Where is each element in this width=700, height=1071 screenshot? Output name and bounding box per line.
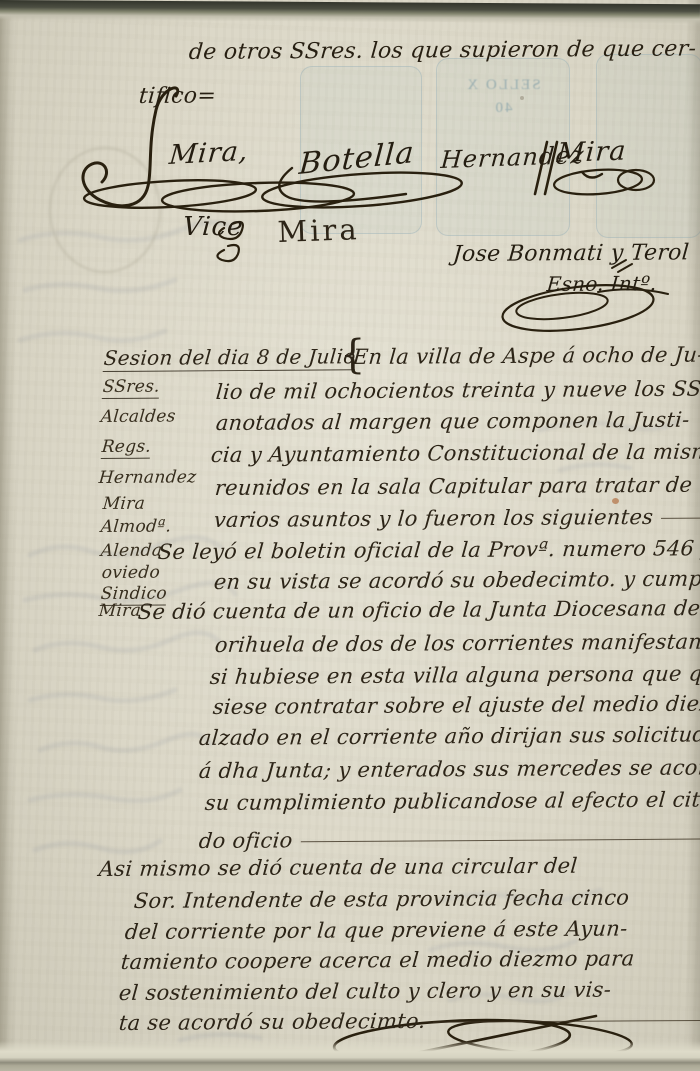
body-line: En la villa de Aspe á ocho de Ju-	[352, 345, 700, 368]
body-line: lio de mil ochocientos treinta y nueve l…	[215, 378, 700, 403]
session-heading-text: Sesion del dia 8 de Julio	[103, 344, 357, 372]
body-line: Se leyó el boletin oficial de la Provª. …	[157, 538, 700, 563]
body-line-text: en su vista se acordó su obedecimto. y c…	[213, 566, 700, 594]
body-line: á dha Junta; y enterados sus mercedes se…	[198, 757, 700, 782]
dash-filler	[301, 838, 700, 842]
dash-filler	[661, 517, 700, 519]
margin-name-ssres: SSres.	[102, 377, 161, 399]
body-line: reunidos en la sala Capitular para trata…	[214, 475, 693, 499]
body-line: varios asuntos y lo fueron los siguiente…	[213, 506, 700, 531]
stamp-line1: SELLO X	[465, 77, 540, 94]
body-line: el sostenimiento del culto y clero y en …	[118, 980, 612, 1004]
body-line: su cumplimiento publicandose al efecto e…	[204, 789, 700, 814]
body-line: cia y Ayuntamiento Constitucional de la …	[210, 441, 700, 466]
body-line: tamiento coopere acerca el medio diezmo …	[120, 948, 635, 973]
body-line: Se dió cuenta de un oficio de la Junta D…	[137, 598, 700, 623]
body-line: siese contratar sobre el ajuste del medi…	[212, 693, 700, 718]
signature-vice: Vice	[182, 214, 244, 240]
body-line: alzado en el corriente año dirijan sus s…	[198, 724, 700, 749]
signature-mira-3: Mira	[277, 215, 360, 247]
paper-speck	[520, 96, 524, 100]
margin-name-mira-b: Mira	[98, 603, 142, 620]
stamp-line2: 40	[494, 100, 513, 117]
body-line-text: varios asuntos y lo fueron los siguiente…	[213, 505, 654, 532]
closing-line-1: de otros SSres. los que supieron de que …	[188, 38, 697, 64]
body-line: do oficio	[198, 827, 700, 852]
closing-line-2: tifico=	[138, 85, 217, 108]
body-line: si hubiese en esta villa alguna persona …	[209, 663, 700, 688]
foxing-stain	[612, 498, 619, 504]
body-line-text: do oficio	[198, 828, 294, 853]
margin-name-alcaldes: Alcaldes	[100, 408, 176, 426]
body-line: del corriente por la que previene á este…	[124, 918, 628, 943]
body-line-text: ta se acordó su obedecimto.	[118, 1009, 427, 1035]
signature-mira-2: Mira	[556, 138, 627, 167]
margin-name-regs: Regs.	[101, 437, 152, 459]
margin-name-alenda: Alenda	[100, 543, 163, 560]
signature-clerk-name: Jose Bonmati y Terol	[452, 242, 690, 266]
body-line: ta se acordó su obedecimto.	[118, 1009, 700, 1034]
body-line: anotados al margen que componen la Justi…	[215, 410, 690, 434]
margin-name-oviedo: oviedo	[101, 565, 161, 582]
signature-mira-1: Mira,	[168, 138, 250, 169]
page-top-edge	[0, 0, 700, 24]
body-line: orihuela de dos de los corrientes manife…	[214, 631, 700, 656]
manuscript-scan-page: SELLO X 40 de otros SSres. los	[0, 0, 700, 1071]
session-heading: Sesion del dia 8 de Julio	[103, 346, 356, 368]
signature-clerk-title: Esno. Intº.	[546, 273, 658, 294]
body-line: en su vista se acordó su obedecimto. y c…	[213, 568, 700, 593]
margin-name-almod: Almodª.	[100, 519, 172, 536]
page-bottom-edge	[0, 1041, 700, 1071]
margin-name-hernandez: Hernandez	[98, 469, 197, 487]
body-line: Asi mismo se dió cuenta de una circular …	[98, 856, 578, 880]
page-left-edge	[0, 0, 16, 1071]
margin-name-mira-a: Mira	[102, 496, 146, 513]
dash-filler	[433, 1020, 700, 1023]
body-line: Sor. Intendente de esta provincia fecha …	[133, 888, 630, 912]
